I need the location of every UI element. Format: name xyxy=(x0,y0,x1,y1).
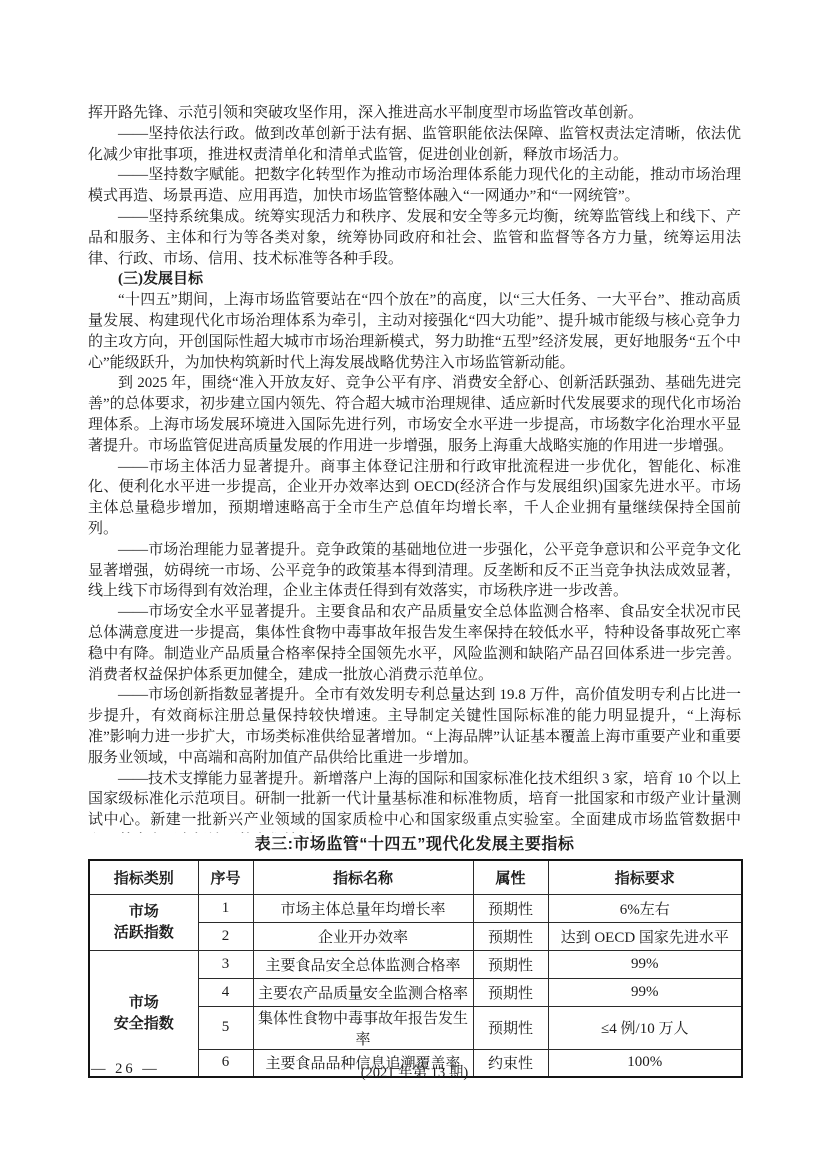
requirement-cell: 99% xyxy=(548,978,742,1006)
requirement-cell: ≤4 例/10 万人 xyxy=(548,1006,742,1049)
requirement-cell: 达到 OECD 国家先进水平 xyxy=(548,922,742,950)
document-page: 挥开路先锋、示范引领和突破攻坚作用，深入推进高水平制度型市场监管改革创新。 ——… xyxy=(0,0,827,1170)
number-cell: 1 xyxy=(198,894,253,922)
body-paragraph: 挥开路先锋、示范引领和突破攻坚作用，深入推进高水平制度型市场监管改革创新。 xyxy=(88,103,741,124)
page-footer: — 26 — (2021 年第 13 期) xyxy=(88,1061,741,1081)
indicators-table: 指标类别 序号 指标名称 属性 指标要求 市场 活跃指数 1 市场主体总量年均增… xyxy=(88,859,743,1078)
page-number: — 26 — xyxy=(91,1061,160,1078)
header-cell-number: 序号 xyxy=(198,860,253,894)
attribute-cell: 预期性 xyxy=(473,950,548,978)
section-heading: (三)发展目标 xyxy=(88,269,741,290)
attribute-cell: 预期性 xyxy=(473,978,548,1006)
body-text-block: 挥开路先锋、示范引领和突破攻坚作用，深入推进高水平制度型市场监管改革创新。 ——… xyxy=(88,103,741,833)
body-paragraph: ——市场主体活力显著提升。商事主体登记注册和行政审批流程进一步优化，智能化、标准… xyxy=(88,457,741,540)
indicator-name-cell: 企业开办效率 xyxy=(253,922,473,950)
number-cell: 5 xyxy=(198,1006,253,1049)
table-title: 表三:市场监管“十四五”现代化发展主要指标 xyxy=(88,831,741,854)
indicator-name-cell: 市场主体总量年均增长率 xyxy=(253,894,473,922)
header-cell-attribute: 属性 xyxy=(473,860,548,894)
requirement-cell: 99% xyxy=(548,950,742,978)
attribute-cell: 预期性 xyxy=(473,1006,548,1049)
indicators-table-section: 表三:市场监管“十四五”现代化发展主要指标 指标类别 序号 指标名称 属性 指标… xyxy=(88,831,741,1078)
attribute-cell: 预期性 xyxy=(473,922,548,950)
indicator-name-cell: 主要农产品质量安全监测合格率 xyxy=(253,978,473,1006)
category-cell-safety-index: 市场 安全指数 xyxy=(89,950,198,1077)
header-cell-category: 指标类别 xyxy=(89,860,198,894)
category-cell-vitality-index: 市场 活跃指数 xyxy=(89,894,198,950)
table-row: 市场 安全指数 3 主要食品安全总体监测合格率 预期性 99% xyxy=(89,950,742,978)
body-paragraph: ——坚持数字赋能。把数字化转型作为推动市场治理体系能力现代化的主动能，推动市场治… xyxy=(88,165,741,207)
body-paragraph: ——坚持依法行政。做到改革创新于法有据、监管职能依法保障、监管权责法定清晰，依法… xyxy=(88,124,741,166)
header-cell-requirement: 指标要求 xyxy=(548,860,742,894)
indicator-name-cell: 主要食品安全总体监测合格率 xyxy=(253,950,473,978)
body-paragraph: ——市场安全水平显著提升。主要食品和农产品质量安全总体监测合格率、食品安全状况市… xyxy=(88,602,741,685)
number-cell: 4 xyxy=(198,978,253,1006)
header-cell-name: 指标名称 xyxy=(253,860,473,894)
body-paragraph: ——市场创新指数显著提升。全市有效发明专利总量达到 19.8 万件，高价值发明专… xyxy=(88,685,741,768)
body-paragraph: 到 2025 年，围绕“准入开放友好、竞争公平有序、消费安全舒心、创新活跃强劲、… xyxy=(88,373,741,456)
requirement-cell: 6%左右 xyxy=(548,894,742,922)
body-paragraph: ——坚持系统集成。统筹实现活力和秩序、发展和安全等多元均衡，统筹监管线上和线下、… xyxy=(88,207,741,269)
body-paragraph: ——技术支撑能力显著提升。新增落户上海的国际和国家标准化技术组织 3 家，培育 … xyxy=(88,769,741,834)
number-cell: 2 xyxy=(198,922,253,950)
attribute-cell: 预期性 xyxy=(473,894,548,922)
number-cell: 3 xyxy=(198,950,253,978)
indicator-name-cell: 集体性食物中毒事故年报告发生率 xyxy=(253,1006,473,1049)
table-header-row: 指标类别 序号 指标名称 属性 指标要求 xyxy=(89,860,742,894)
body-paragraph: ——市场治理能力显著提升。竞争政策的基础地位进一步强化，公平竞争意识和公平竞争文… xyxy=(88,540,741,602)
body-paragraph: “十四五”期间，上海市场监管要站在“四个放在”的高度，以“三大任务、一大平台”、… xyxy=(88,290,741,373)
issue-label: (2021 年第 13 期) xyxy=(88,1061,741,1082)
table-row: 市场 活跃指数 1 市场主体总量年均增长率 预期性 6%左右 xyxy=(89,894,742,922)
